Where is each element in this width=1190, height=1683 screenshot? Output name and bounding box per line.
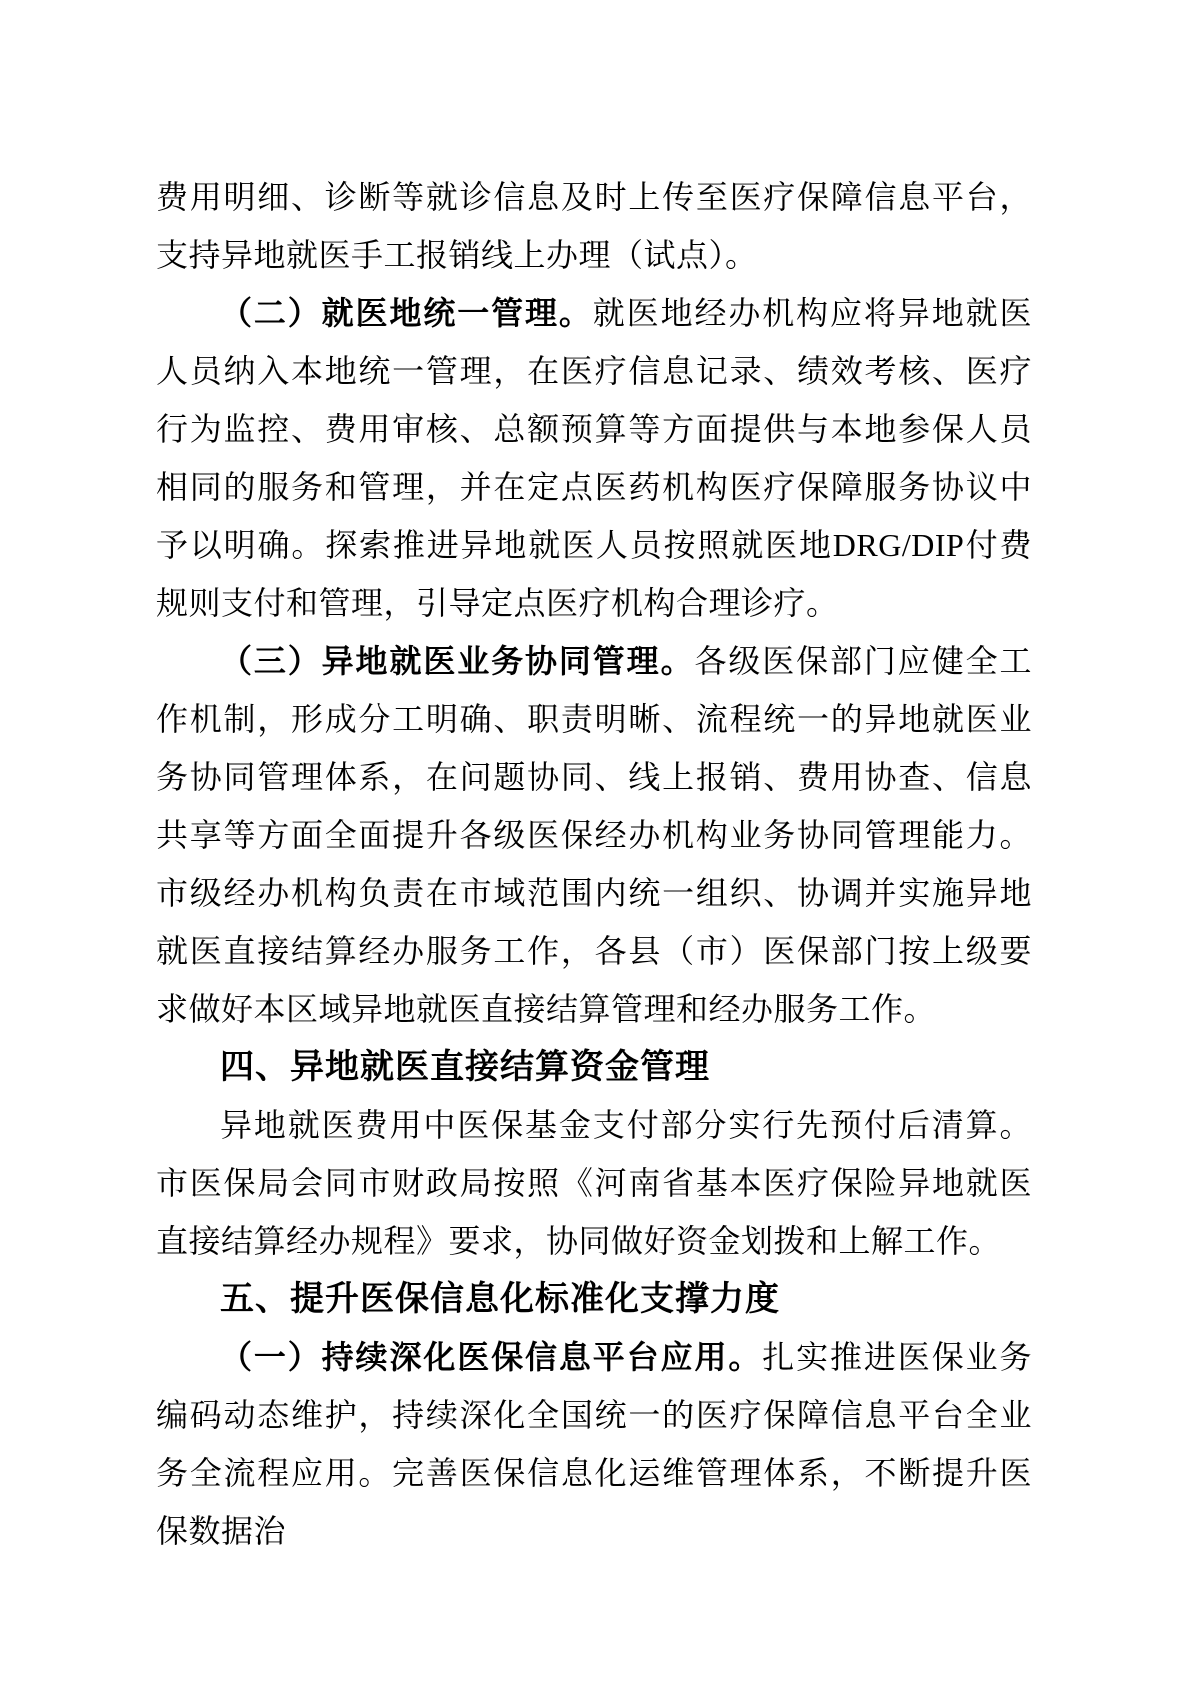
paragraph-platform-application: （一）持续深化医保信息平台应用。扎实推进医保业务编码动态维护，持续深化全国统一的…: [156, 1328, 1032, 1560]
paragraph-text: 就医地经办机构应将异地就医人员纳入本地统一管理，在医疗信息记录、绩效考核、医疗行…: [156, 295, 1032, 621]
paragraph-lead-bold: （三）异地就医业务协同管理。: [220, 643, 694, 679]
paragraph-lead-bold: （二）就医地统一管理。: [220, 295, 593, 331]
paragraph-fund-management: 异地就医费用中医保基金支付部分实行先预付后清算。市医保局会同市财政局按照《河南省…: [156, 1096, 1032, 1270]
paragraph-text: 各级医保部门应健全工作机制，形成分工明确、职责明晰、流程统一的异地就医业务协同管…: [156, 643, 1032, 1027]
document-body: 费用明细、诊断等就诊信息及时上传至医疗保障信息平台，支持异地就医手工报销线上办理…: [156, 168, 1032, 1560]
paragraph-lead-bold: （一）持续深化医保信息平台应用。: [220, 1339, 762, 1375]
paragraph-section-2: （二）就医地统一管理。就医地经办机构应将异地就医人员纳入本地统一管理，在医疗信息…: [156, 284, 1032, 632]
heading-section-5: 五、提升医保信息化标准化支撑力度: [156, 1270, 1032, 1328]
paragraph-section-3: （三）异地就医业务协同管理。各级医保部门应健全工作机制，形成分工明确、职责明晰、…: [156, 632, 1032, 1038]
paragraph-continuation: 费用明细、诊断等就诊信息及时上传至医疗保障信息平台，支持异地就医手工报销线上办理…: [156, 168, 1032, 284]
heading-text: 四、异地就医直接结算资金管理: [220, 1048, 710, 1086]
heading-text: 五、提升医保信息化标准化支撑力度: [220, 1280, 780, 1318]
paragraph-text: 费用明细、诊断等就诊信息及时上传至医疗保障信息平台，支持异地就医手工报销线上办理…: [156, 179, 1032, 273]
heading-section-4: 四、异地就医直接结算资金管理: [156, 1038, 1032, 1096]
document-page: 费用明细、诊断等就诊信息及时上传至医疗保障信息平台，支持异地就医手工报销线上办理…: [0, 0, 1190, 1683]
paragraph-text: 异地就医费用中医保基金支付部分实行先预付后清算。市医保局会同市财政局按照《河南省…: [156, 1107, 1032, 1259]
